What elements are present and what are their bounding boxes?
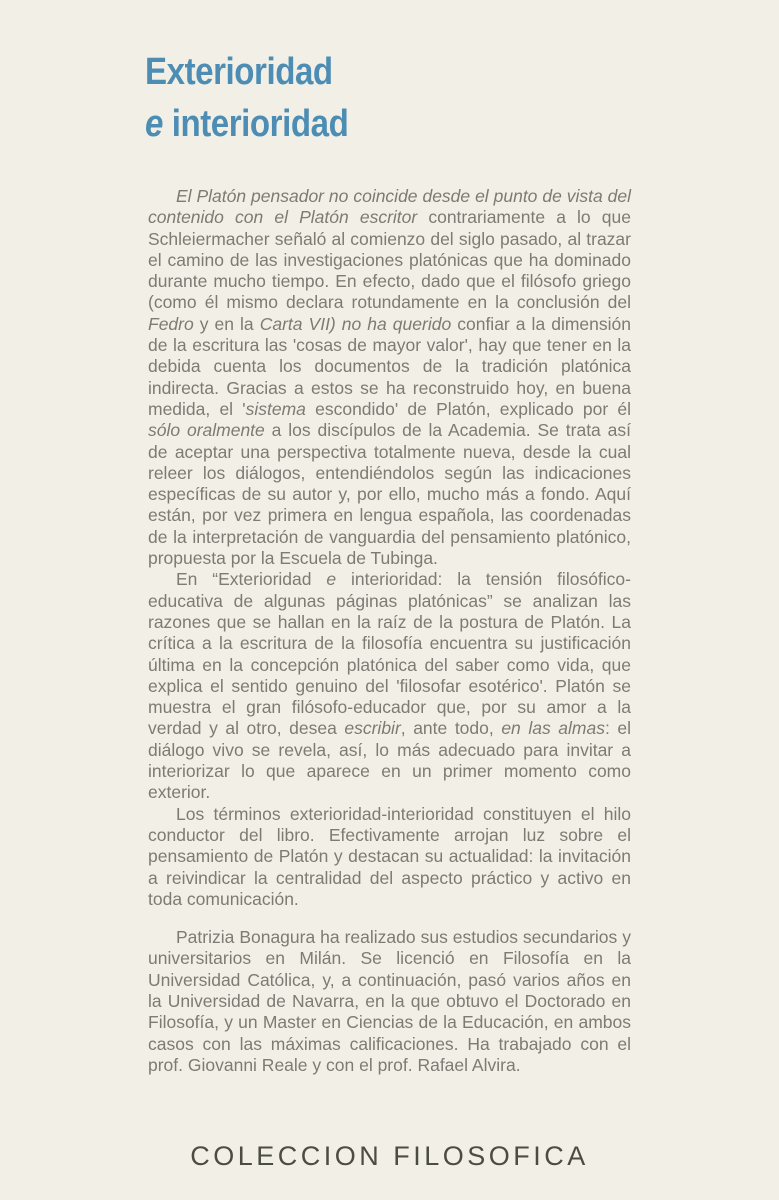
text-run: Los términos exterioridad-interioridad c… — [148, 804, 631, 909]
book-title: Exterioridade interioridad — [145, 46, 379, 150]
text-run: Exterioridad — [145, 51, 333, 93]
collection-title: COLECCION FILOSOFICA — [0, 1141, 779, 1172]
text-run: y en la — [194, 314, 260, 334]
italic-text-run: Fedro — [148, 314, 194, 334]
synopsis-paragraph: En “Exterioridad e interioridad: la tens… — [148, 569, 631, 803]
italic-text-run: Carta VII) no ha querido — [260, 314, 451, 334]
italic-text-run: e — [145, 103, 163, 145]
text-run: Patrizia Bonagura ha realizado sus estud… — [148, 927, 631, 1075]
book-back-cover: Exterioridade interioridad El Platón pen… — [0, 0, 779, 1200]
italic-text-run: e — [326, 569, 336, 589]
title-line-2: e interioridad — [145, 98, 348, 150]
author-bio: Patrizia Bonagura ha realizado sus estud… — [148, 927, 631, 1076]
italic-text-run: escribir — [344, 718, 400, 738]
text-run: interioridad — [163, 103, 348, 145]
synopsis: El Platón pensador no coincide desde el … — [148, 186, 631, 910]
text-run: En “Exterioridad — [176, 569, 326, 589]
author-bio-paragraph: Patrizia Bonagura ha realizado sus estud… — [148, 927, 631, 1076]
italic-text-run: sólo oralmente — [148, 420, 265, 440]
text-run: a los discípulos de la Academia. Se trat… — [148, 420, 631, 568]
synopsis-paragraph: Los términos exterioridad-interioridad c… — [148, 804, 631, 910]
synopsis-paragraph: El Platón pensador no coincide desde el … — [148, 186, 631, 569]
italic-text-run: en las almas — [501, 718, 605, 738]
text-run: interioridad: la tensión filosófico-educ… — [148, 569, 631, 738]
text-run: escondido' de Platón, explicado por él — [306, 399, 631, 419]
italic-text-run: sistema — [246, 399, 306, 419]
title-line-1: Exterioridad — [145, 46, 348, 98]
cover-text-block: El Platón pensador no coincide desde el … — [148, 186, 631, 1076]
text-run: , ante todo, — [401, 718, 502, 738]
